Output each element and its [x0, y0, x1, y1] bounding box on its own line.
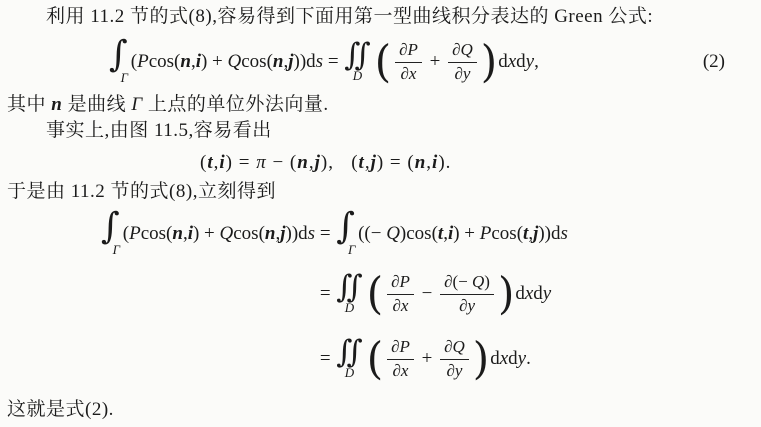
math-token: n — [180, 51, 191, 72]
math-token: d — [515, 283, 525, 304]
integral-operator: ∫ Γ — [101, 212, 120, 257]
math-token: π — [256, 152, 267, 174]
math-token: n — [297, 152, 309, 174]
math-token: d — [533, 283, 543, 304]
math-token: cos( — [141, 223, 173, 244]
math-token: n — [415, 152, 427, 174]
paragraph-where-n: 其中 n 是曲线 Γ 上点的单位外法向量. — [0, 92, 761, 118]
fraction-numerator: ∂P — [395, 40, 422, 62]
derivation-rhs-1: = ∫ Γ ((− Q)cos(t,i) + Pcos(t,j))ds — [315, 207, 568, 261]
math-token: ∂ — [452, 40, 460, 59]
math-token: )cos( — [400, 223, 438, 244]
derivation-lhs-empty — [100, 327, 315, 391]
math-token: y — [455, 361, 463, 380]
math-token: x — [500, 348, 508, 369]
paragraph-conclusion: 这就是式(2). — [0, 397, 761, 423]
fraction-denominator: ∂y — [442, 360, 466, 381]
integral-sign: ∫ — [101, 212, 120, 243]
math-token: y — [518, 348, 526, 369]
math-token: , — [534, 51, 539, 72]
derivation-lhs-empty — [100, 261, 315, 327]
math-token: ∂ — [399, 40, 407, 59]
math-token: 是曲线 — [62, 94, 131, 115]
math-token: 利用 11.2 节的式(8),容易得到下面用第一型曲线积分表达的 Green 公… — [46, 6, 653, 27]
integral-operator: ∫ Γ — [336, 212, 355, 257]
integral-limit-gamma: Γ — [113, 243, 120, 256]
math-token: 上点的单位外法向量. — [143, 94, 329, 115]
math-token: y — [526, 51, 534, 72]
math-token: cos( — [233, 223, 265, 244]
double-integral-operator: ∬ D — [344, 42, 370, 82]
math-token: ))d — [286, 223, 308, 244]
double-integral-sign: ∬ — [336, 274, 362, 300]
double-integral-operator: ∬ D — [336, 274, 362, 314]
differential-dxdy: dxdy. — [490, 348, 531, 370]
fraction-denominator: ∂x — [389, 295, 413, 316]
math-token: ) + — [201, 51, 228, 72]
math-token: Q — [472, 272, 484, 291]
document-page: 利用 11.2 节的式(8),容易得到下面用第一型曲线积分表达的 Green 公… — [0, 0, 761, 427]
equals-sign: = — [315, 348, 335, 370]
equation-angles: (t,i) = π − (n,j), (t,j) = (n,i). — [200, 146, 761, 179]
math-token: ∂ — [446, 361, 454, 380]
fraction-numerator: ∂Q — [448, 40, 477, 62]
math-token: ∂ — [393, 296, 401, 315]
math-token: (− — [453, 272, 473, 291]
fraction-denominator: ∂x — [397, 63, 421, 84]
math-token: 这就是式(2). — [7, 399, 114, 420]
math-token: y — [463, 64, 471, 83]
math-token: Q — [386, 223, 400, 244]
fraction-denominator: ∂y — [455, 295, 479, 316]
double-integral-limit-d: D — [353, 69, 362, 82]
math-token: ∂ — [444, 272, 452, 291]
math-token: ), ( — [321, 152, 359, 174]
equals-sign: = — [315, 223, 335, 245]
math-token: s — [316, 51, 323, 72]
minus-sign: − — [417, 283, 437, 305]
equation-2: ∫ Γ (Pcos(n,i) + Qcos(n,j))ds = ∬ D ( ∂P… — [108, 32, 761, 92]
right-paren: ) — [473, 337, 489, 381]
fraction-numerator: ∂P — [387, 272, 414, 294]
math-token: y — [543, 283, 551, 304]
differential-dxdy: dxdy, — [498, 51, 539, 73]
integral-limit-gamma: Γ — [348, 243, 355, 256]
derivation-rhs-3: = ∬ D ( ∂P ∂x + ∂Q ∂y ) dxdy. — [315, 327, 568, 391]
math-token: − ( — [267, 152, 298, 174]
math-token: ) = — [226, 152, 257, 174]
math-token: P — [129, 223, 141, 244]
fraction-denominator: ∂y — [450, 63, 474, 84]
math-token: cos( — [491, 223, 523, 244]
math-token: d — [490, 348, 500, 369]
math-token: ( — [200, 152, 207, 174]
math-token: Γ — [131, 94, 142, 115]
right-paren: ) — [498, 272, 514, 316]
math-token: y — [467, 296, 475, 315]
fraction-dp-dx: ∂P ∂x — [387, 337, 414, 381]
fraction-numerator: ∂Q — [440, 337, 469, 359]
fraction-dp-dx: ∂P ∂x — [387, 272, 414, 316]
differential-dxdy: dxdy — [515, 283, 551, 305]
fraction-dnegq-dy: ∂(− Q) ∂y — [440, 272, 494, 316]
math-token: ((− — [358, 223, 386, 244]
math-token: s — [308, 223, 315, 244]
double-integral-limit-d: D — [345, 366, 354, 379]
math-token: P — [400, 272, 410, 291]
left-paren: ( — [367, 272, 383, 316]
fraction-denominator: ∂x — [389, 360, 413, 381]
math-token: cos( — [241, 51, 273, 72]
fraction-numerator: ∂(− Q) — [440, 272, 494, 294]
math-token: x — [508, 51, 516, 72]
integrand-left: (Pcos(n,i) + Qcos(n,j))ds — [123, 223, 315, 245]
math-token: Q — [453, 337, 465, 356]
equals-sign: = — [323, 51, 343, 73]
math-token: P — [400, 337, 410, 356]
equals-sign: = — [315, 283, 335, 305]
math-token: ∂ — [393, 361, 401, 380]
math-token: n — [172, 223, 183, 244]
math-token: Q — [220, 223, 234, 244]
double-integral-sign: ∬ — [344, 42, 370, 68]
math-token: ∂ — [391, 337, 399, 356]
math-token: x — [409, 64, 417, 83]
math-token: ) + — [453, 223, 480, 244]
math-token: 其中 — [7, 94, 51, 115]
math-token: Q — [461, 40, 473, 59]
paragraph-intro: 利用 11.2 节的式(8),容易得到下面用第一型曲线积分表达的 Green 公… — [0, 4, 761, 30]
derivation-rhs-2: = ∬ D ( ∂P ∂x − ∂(− Q) ∂y ) dxdy — [315, 261, 568, 327]
double-integral-operator: ∬ D — [336, 339, 362, 379]
left-paren: ( — [375, 40, 391, 84]
math-token: ∂ — [454, 64, 462, 83]
fraction-numerator: ∂P — [387, 337, 414, 359]
derivation-lhs: ∫ Γ (Pcos(n,i) + Qcos(n,j))ds — [100, 207, 315, 261]
math-token: s — [561, 223, 568, 244]
double-integral-sign: ∬ — [336, 339, 362, 365]
math-token: x — [401, 296, 409, 315]
math-token: ))d — [538, 223, 560, 244]
math-token: n — [273, 51, 284, 72]
fraction-dp-dx: ∂P ∂x — [395, 40, 422, 84]
math-token: ))d — [294, 51, 316, 72]
right-paren: ) — [481, 40, 497, 84]
math-token: ) = ( — [377, 152, 415, 174]
math-token: Q — [228, 51, 242, 72]
plus-sign: + — [425, 51, 445, 73]
math-token: 事实上,由图 11.5,容易看出 — [46, 120, 272, 141]
math-token: ). — [438, 152, 451, 174]
paragraph-thus: 于是由 11.2 节的式(8),立刻得到 — [0, 179, 761, 205]
left-paren: ( — [367, 337, 383, 381]
math-token: cos( — [149, 51, 181, 72]
math-token: P — [137, 51, 149, 72]
math-token: P — [408, 40, 418, 59]
math-token: d — [516, 51, 526, 72]
fraction-dq-dy: ∂Q ∂y — [448, 40, 477, 84]
paragraph-in-fact: 事实上,由图 11.5,容易看出 — [0, 118, 761, 144]
math-token: d — [508, 348, 518, 369]
math-token: . — [526, 348, 531, 369]
math-token: ) — [484, 272, 490, 291]
math-token: n — [265, 223, 276, 244]
derivation-block: ∫ Γ (Pcos(n,i) + Qcos(n,j))ds = ∫ Γ ((− … — [100, 207, 761, 391]
math-token: n — [51, 94, 62, 115]
math-token: ∂ — [401, 64, 409, 83]
math-token: 于是由 11.2 节的式(8),立刻得到 — [7, 181, 276, 202]
plus-sign: + — [417, 348, 437, 370]
fraction-dq-dy: ∂Q ∂y — [440, 337, 469, 381]
equation-number: (2) — [703, 51, 725, 73]
math-token: x — [401, 361, 409, 380]
math-token: ∂ — [444, 337, 452, 356]
integral-operator: ∫ Γ — [109, 40, 128, 85]
integral-sign: ∫ — [109, 40, 128, 71]
math-token: d — [498, 51, 508, 72]
integrand-left: (Pcos(n,i) + Qcos(n,j))ds — [131, 51, 323, 73]
integral-limit-gamma: Γ — [121, 71, 128, 84]
math-token: P — [480, 223, 492, 244]
math-token: ) + — [193, 223, 220, 244]
math-token: ∂ — [391, 272, 399, 291]
double-integral-limit-d: D — [345, 301, 354, 314]
integral-sign: ∫ — [336, 212, 355, 243]
integrand-right: ((− Q)cos(t,i) + Pcos(t,j))ds — [358, 223, 568, 245]
